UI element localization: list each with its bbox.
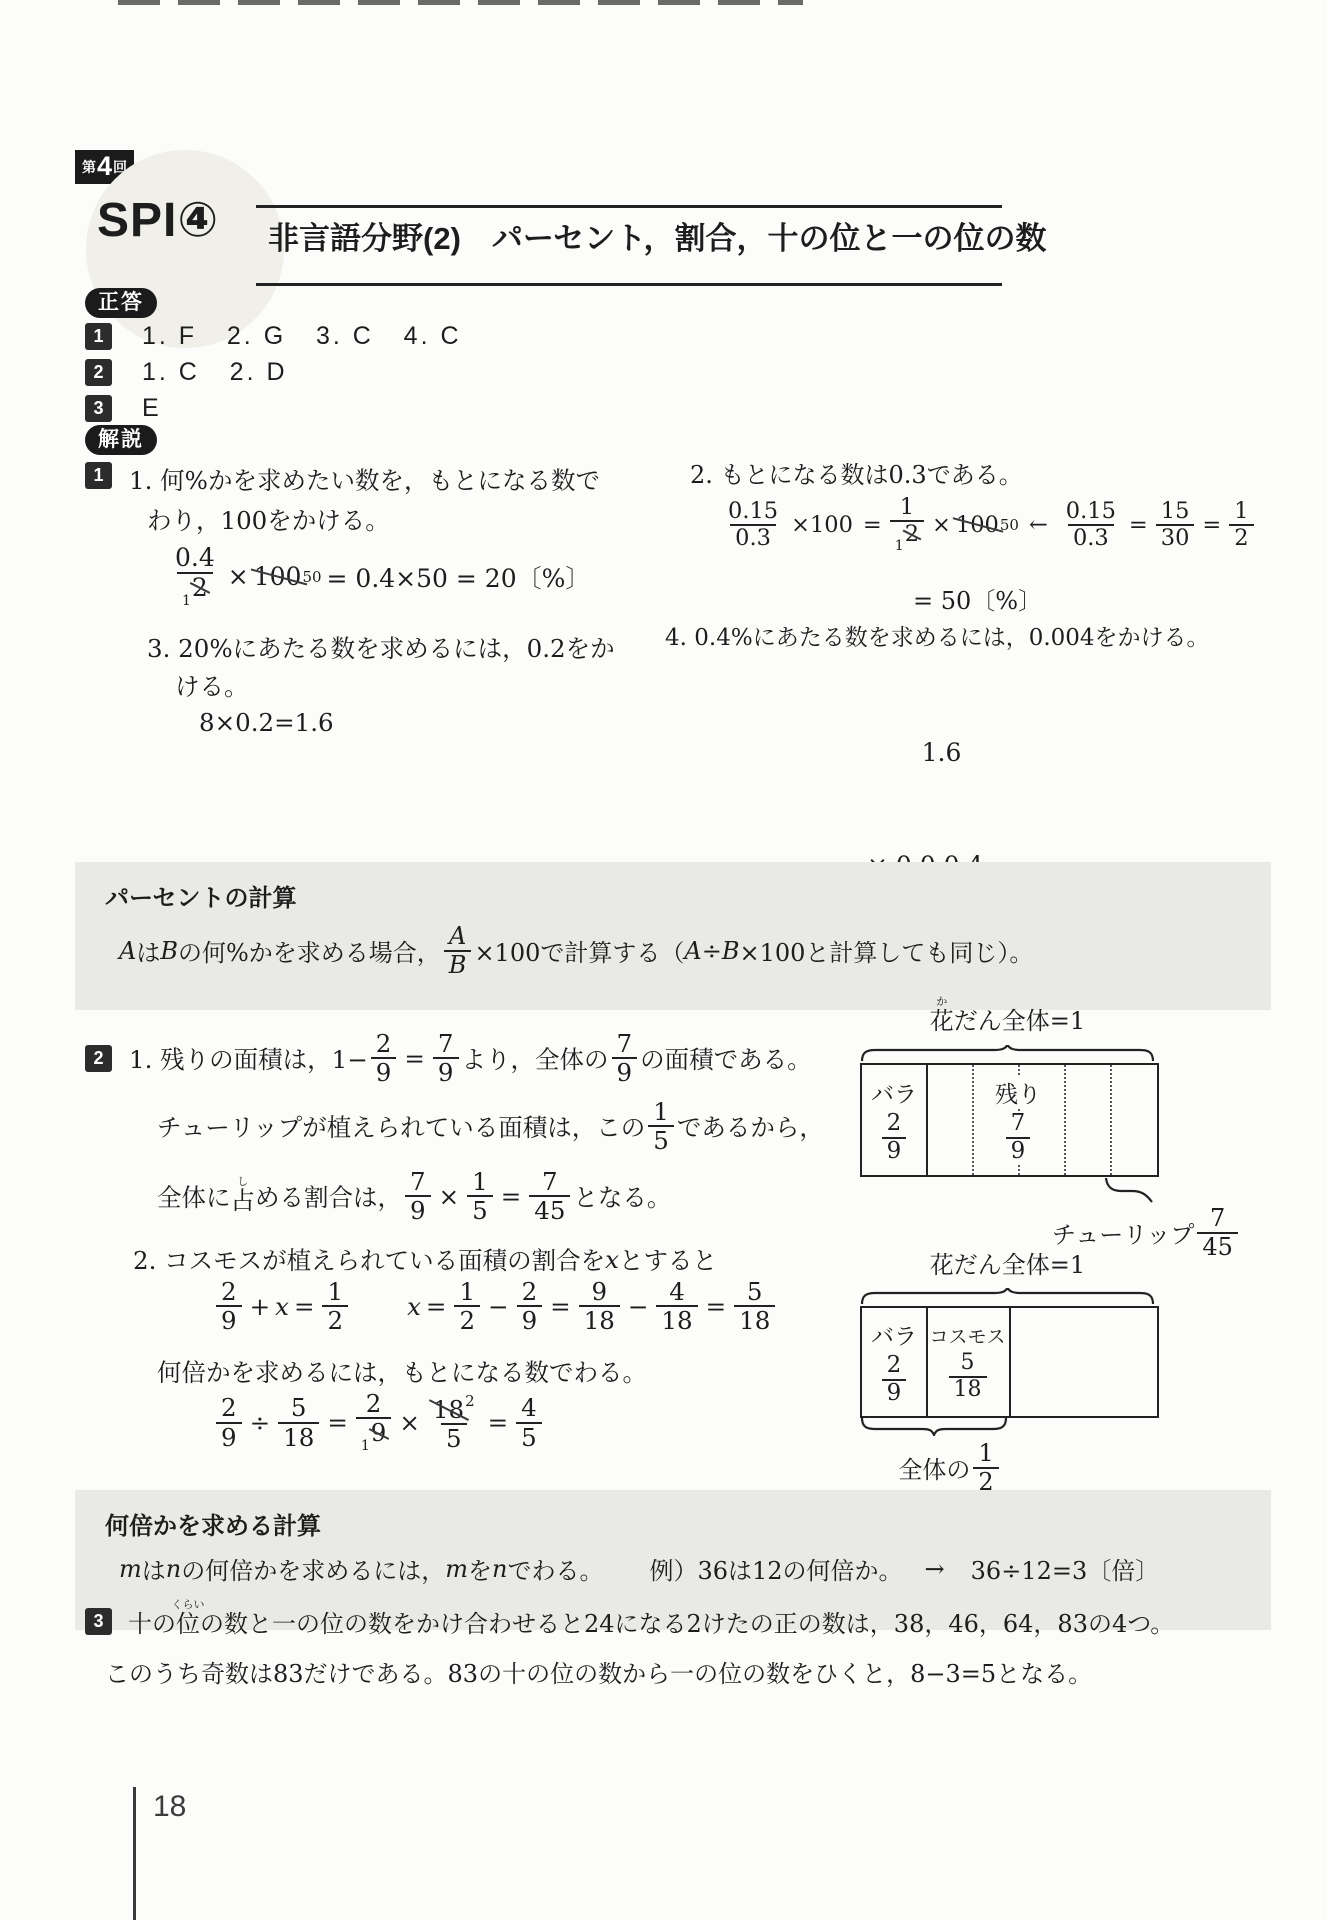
q3-line1: 3 十の位くらいの数と一の位の数をかけ合わせると24になる2けたの正の数は，38…: [85, 1598, 1174, 1639]
half-of-whole-label: 全体の 12: [865, 1440, 1035, 1496]
cancelled-number: 9: [371, 1419, 387, 1446]
spi-label: SPI④: [97, 192, 219, 248]
box-body: AはBの何%かを求める場合， A B ×100で計算する（A÷B×100と計算し…: [75, 913, 1271, 979]
q2-line1: 2 1. 残りの面積は，1− 29 = 79 より，全体の 79 の面積である。: [85, 1030, 812, 1087]
fraction: 182 5: [428, 1393, 480, 1453]
ruby-annotation: 花か: [930, 1007, 954, 1035]
page-title: 非言語分野(2) パーセント，割合，十の位と一の位の数: [268, 213, 998, 258]
q1-line3a: 3. 20%にあたる数を求めるには，0.2をか: [147, 630, 615, 665]
flowerbed-rectangle: バラ 29 コスモス 518: [860, 1306, 1159, 1418]
q2-line4: 2. コスモスが植えられている面積の割合をxとすると: [133, 1242, 717, 1277]
question-number-badge: 3: [85, 1608, 112, 1635]
answer-row-3: 3 E: [85, 394, 162, 423]
fraction: 29: [882, 1353, 907, 1407]
brace-top: [860, 1045, 1155, 1061]
q1-formula2: 0.15 0.3 ×100 = 1 12 × 100 50 ← 0.15 0.3…: [720, 495, 1257, 555]
q1-line1b: わり，100をかける。: [147, 502, 390, 537]
fraction: 29: [216, 1394, 242, 1451]
brace-bottom: [860, 1418, 1008, 1436]
fraction: 79: [1006, 1111, 1031, 1165]
cancelled-number: 18: [433, 1396, 464, 1423]
question-number-badge: 1: [85, 462, 112, 489]
spi-background-circle: [86, 150, 284, 348]
q1-line3c: 8×0.2=1.6: [199, 708, 334, 737]
fraction: 1 12: [890, 495, 924, 555]
fraction: 2 19: [356, 1390, 392, 1455]
fraction: 15: [648, 1098, 674, 1155]
q1-line4: 4. 0.4%にあたる数を求めるには，0.004をかける。: [665, 619, 1210, 652]
fraction: 0.15 0.3: [1061, 499, 1121, 551]
example-result: 36÷12=3〔倍〕: [971, 1551, 1160, 1586]
fraction: 1 2: [1229, 499, 1253, 551]
q1-line1a: 1. 何%かを求めたい数を，もとになる数で: [129, 462, 600, 497]
cell-divider: [926, 1065, 928, 1175]
answer-text: E: [142, 394, 162, 423]
left-arrow: ←: [1029, 512, 1048, 538]
ruby-annotation: 占し: [231, 1175, 256, 1217]
fraction: 45: [516, 1394, 542, 1451]
q3-line2: このうち奇数は83だけである。83の十の位の数から一の位の数をひくと，8−3=5…: [105, 1654, 1092, 1689]
title-rule-top: [256, 205, 1002, 208]
textbook-page: 第 4 回 SPI④ 非言語分野(2) パーセント，割合，十の位と一の位の数 正…: [0, 0, 1327, 1920]
bara-cell: バラ 29: [862, 1308, 926, 1416]
fraction: 0.15 0.3: [723, 499, 783, 551]
example-text: 例）36は12の何倍か。: [649, 1551, 902, 1586]
question-number-badge: 1: [85, 323, 112, 350]
answer-row-2: 2 1. C 2. D: [85, 358, 288, 387]
fraction: 12: [322, 1278, 348, 1335]
cancelled-number: 100: [254, 562, 302, 591]
fraction: 418: [656, 1278, 697, 1335]
question-number-badge: 3: [85, 395, 112, 422]
round-badge-prefix: 第: [82, 160, 96, 174]
fraction: 918: [579, 1278, 620, 1335]
seitou-badge: 正答: [85, 288, 157, 318]
fraction: 79: [405, 1168, 431, 1225]
diagram-caption: 花かだん全体=1: [860, 995, 1155, 1034]
page-top-crop-remnant: [118, 0, 803, 5]
flowerbed-diagram-2: 花だん全体=1 バラ 29 コスモス 518 全体の 12: [860, 1252, 1290, 1492]
fraction: 745: [529, 1168, 570, 1225]
q2-equation3: 29 ÷ 518 = 2 19 × 182 5 = 45: [213, 1390, 545, 1455]
fraction: 79: [433, 1030, 459, 1087]
answer-row-1: 1 1. F 2. G 3. C 4. C: [85, 322, 462, 351]
q2-line2: チューリップが植えられている面積は，この 15 であるから，: [157, 1098, 824, 1155]
answer-text: 1. C 2. D: [142, 358, 288, 387]
question-number-badge: 2: [85, 359, 112, 386]
round-badge-number: 4: [96, 153, 113, 180]
right-arrow: →: [925, 1555, 945, 1583]
fraction: 518: [949, 1351, 987, 1402]
q2-line3: 全体に占しめる割合は， 79 × 15 = 745 となる。: [157, 1168, 671, 1225]
fraction: 29: [371, 1030, 397, 1087]
cell-divider: [1009, 1308, 1011, 1416]
cancelled-number: 100: [956, 512, 999, 538]
fraction: 29: [517, 1278, 543, 1335]
flowerbed-rectangle: バラ 29 残り 79: [860, 1063, 1159, 1177]
fraction: 518: [278, 1394, 319, 1451]
fraction: 15: [467, 1168, 493, 1225]
q1-formula1: 0.4 12 × 100 50 = 0.4×50 = 20〔%〕: [167, 544, 595, 610]
box-title: 何倍かを求める計算: [75, 1490, 1271, 1541]
fraction: A B: [444, 923, 472, 979]
fraction: 79: [612, 1030, 638, 1087]
ruby-annotation: 位くらい: [176, 1610, 200, 1638]
title-rule-bottom: [256, 283, 1002, 286]
page-number: 18: [153, 1790, 186, 1824]
dotted-divider: [1110, 1065, 1112, 1175]
fraction: 518: [734, 1278, 775, 1335]
box-body: mはnの何倍かを求めるには，mをnでわる。 例）36は12の何倍か。 → 36÷…: [75, 1541, 1271, 1586]
answer-text: 1. F 2. G 3. C 4. C: [142, 322, 462, 351]
q1-formula2-result: = 50〔%〕: [913, 581, 1042, 616]
fraction: 0.4 12: [170, 544, 220, 610]
fraction: 15 30: [1156, 499, 1195, 551]
brace-top: [860, 1288, 1155, 1304]
cancelled-number: 2: [905, 522, 919, 547]
page-number-rule: [133, 1787, 136, 1920]
fraction: 12: [454, 1278, 480, 1335]
q1-line1-row: 1 1. 何%かを求めたい数を，もとになる数で: [85, 462, 600, 497]
fraction: 29: [882, 1111, 907, 1165]
box-title: パーセントの計算: [75, 862, 1271, 913]
q2-line5: 何倍かを求めるには，もとになる数でわる。: [157, 1354, 647, 1389]
q2-equation1: 29 +x= 12 x= 12 − 29 = 918 − 418 = 518: [213, 1278, 778, 1335]
question-number-badge: 2: [85, 1045, 112, 1072]
fraction: 29: [216, 1278, 242, 1335]
cosmos-cell: コスモス 518: [926, 1308, 1009, 1416]
flowerbed-diagram-1: 花かだん全体=1 バラ 29 残り 79 チューリップ 745: [860, 995, 1290, 1255]
q1-line3b: ける。: [175, 668, 249, 703]
q1-line2: 2. もとになる数は0.3である。: [690, 455, 1023, 490]
percent-calculation-box: パーセントの計算 AはBの何%かを求める場合， A B ×100で計算する（A÷…: [75, 862, 1271, 1010]
bara-cell: バラ 29: [862, 1065, 926, 1175]
fraction: 12: [973, 1440, 998, 1496]
diagram-caption: 花だん全体=1: [860, 1252, 1155, 1278]
brace-callout: [1104, 1177, 1156, 1203]
cancelled-number: 2: [192, 574, 208, 602]
kaisetsu-badge: 解説: [85, 425, 157, 455]
nokori-cell: 残り 79: [958, 1065, 1078, 1175]
